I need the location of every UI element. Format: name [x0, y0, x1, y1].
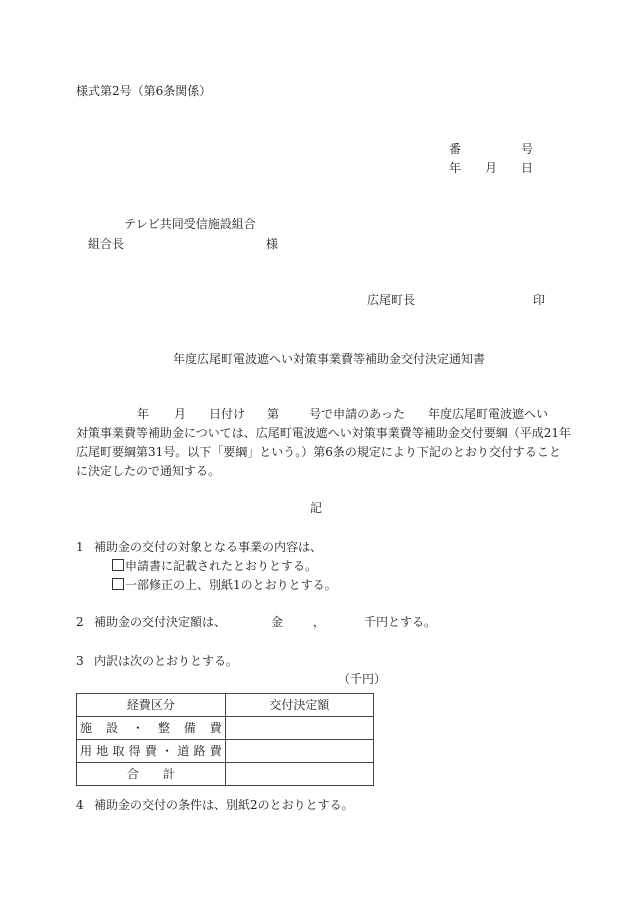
recipient-organization: テレビ共同受信施設組合 [124, 217, 256, 231]
row-category-total: 合計 [77, 763, 226, 786]
option-2-label: 一部修正の上、別紙1のとおりとする。 [125, 578, 337, 592]
body-dai: 第 [267, 407, 279, 421]
item-3: 3内訳は次のとおりとする。 [76, 654, 238, 668]
recipient-honorific: 様 [266, 237, 278, 251]
body-year: 年 [137, 407, 149, 421]
document-title: 年度広尾町電波遮へい対策事業費等補助金交付決定通知書 [173, 352, 485, 366]
body-line-1: 年月日付け第号で申請のあった年度広尾町電波遮へい [76, 405, 556, 424]
date-day-label: 日 [521, 161, 533, 175]
body-fiscal-text: 年度広尾町電波遮へい [428, 407, 548, 421]
item-4-text: 補助金の交付の条件は、別紙2のとおりとする。 [94, 798, 354, 812]
item-2-number: 2 [76, 615, 94, 629]
item-4: 4補助金の交付の条件は、別紙2のとおりとする。 [76, 798, 354, 812]
reference-number-label: 番 [449, 142, 461, 156]
date-year-label: 年 [449, 161, 461, 175]
row-category: 施設・整備費 [77, 717, 226, 740]
sender-name: 広尾町長 [367, 293, 415, 307]
item-4-number: 4 [76, 798, 94, 812]
option-1-label: 申請書に記載されたとおりとする。 [125, 559, 317, 573]
item-3-number: 3 [76, 654, 94, 668]
item-1-number: 1 [76, 540, 94, 554]
item-1-option-1: 申請書に記載されたとおりとする。 [112, 559, 317, 573]
date-month-label: 月 [485, 161, 497, 175]
body-month: 月 [174, 407, 186, 421]
unit-label: （千円） [338, 672, 386, 686]
row-category: 用地取得費・道路費 [77, 740, 226, 763]
table-row: 用地取得費・道路費 [77, 740, 374, 763]
item-2-kin: 金 [271, 615, 283, 629]
reference-number-suffix: 号 [521, 142, 533, 156]
item-2: 2補助金の交付決定額は、金，千円とする。 [76, 615, 436, 629]
item-2-suffix: 千円とする。 [364, 615, 436, 629]
row-amount[interactable] [225, 740, 373, 763]
item-1: 1補助金の交付の対象となる事業の内容は、 [76, 540, 322, 554]
table-header-row: 経費区分 交付決定額 [77, 694, 374, 717]
checkbox-icon[interactable] [112, 559, 124, 571]
body-line-3: 広尾町要綱第31号。以下「要綱」という。）第6条の規定により下記のとおり交付する… [76, 443, 556, 462]
row-amount[interactable] [225, 717, 373, 740]
item-1-option-2: 一部修正の上、別紙1のとおりとする。 [112, 578, 337, 592]
header-amount: 交付決定額 [225, 694, 373, 717]
item-2-text: 補助金の交付決定額は、 [94, 615, 226, 629]
body-application-text: 号で申請のあった [309, 407, 405, 421]
table-row-total: 合計 [77, 763, 374, 786]
checkbox-icon[interactable] [112, 578, 124, 590]
header-category: 経費区分 [77, 694, 226, 717]
document-page: 様式第2号（第6条関係） 番 号 年 月 日 テレビ共同受信施設組合 組合長 様… [0, 0, 630, 916]
body-paragraph: 年月日付け第号で申請のあった年度広尾町電波遮へい 対策事業費等補助金については、… [76, 405, 556, 481]
breakdown-table: 経費区分 交付決定額 施設・整備費 用地取得費・道路費 合計 [76, 693, 374, 786]
item-2-comma: ， [313, 615, 325, 629]
ki-heading: 記 [310, 501, 322, 515]
form-number: 様式第2号（第6条関係） [76, 84, 211, 98]
body-line-4: に決定したので通知する。 [76, 462, 556, 481]
item-1-text: 補助金の交付の対象となる事業の内容は、 [94, 540, 322, 554]
row-amount-total[interactable] [225, 763, 373, 786]
body-line-2: 対策事業費等補助金については、広尾町電波遮へい対策事業費等補助金交付要綱（平成2… [76, 424, 556, 443]
item-3-text: 内訳は次のとおりとする。 [94, 654, 238, 668]
sender-seal: 印 [533, 293, 545, 307]
table-row: 施設・整備費 [77, 717, 374, 740]
body-date-suffix: 日付け [209, 407, 245, 421]
recipient-title: 組合長 [88, 237, 124, 251]
